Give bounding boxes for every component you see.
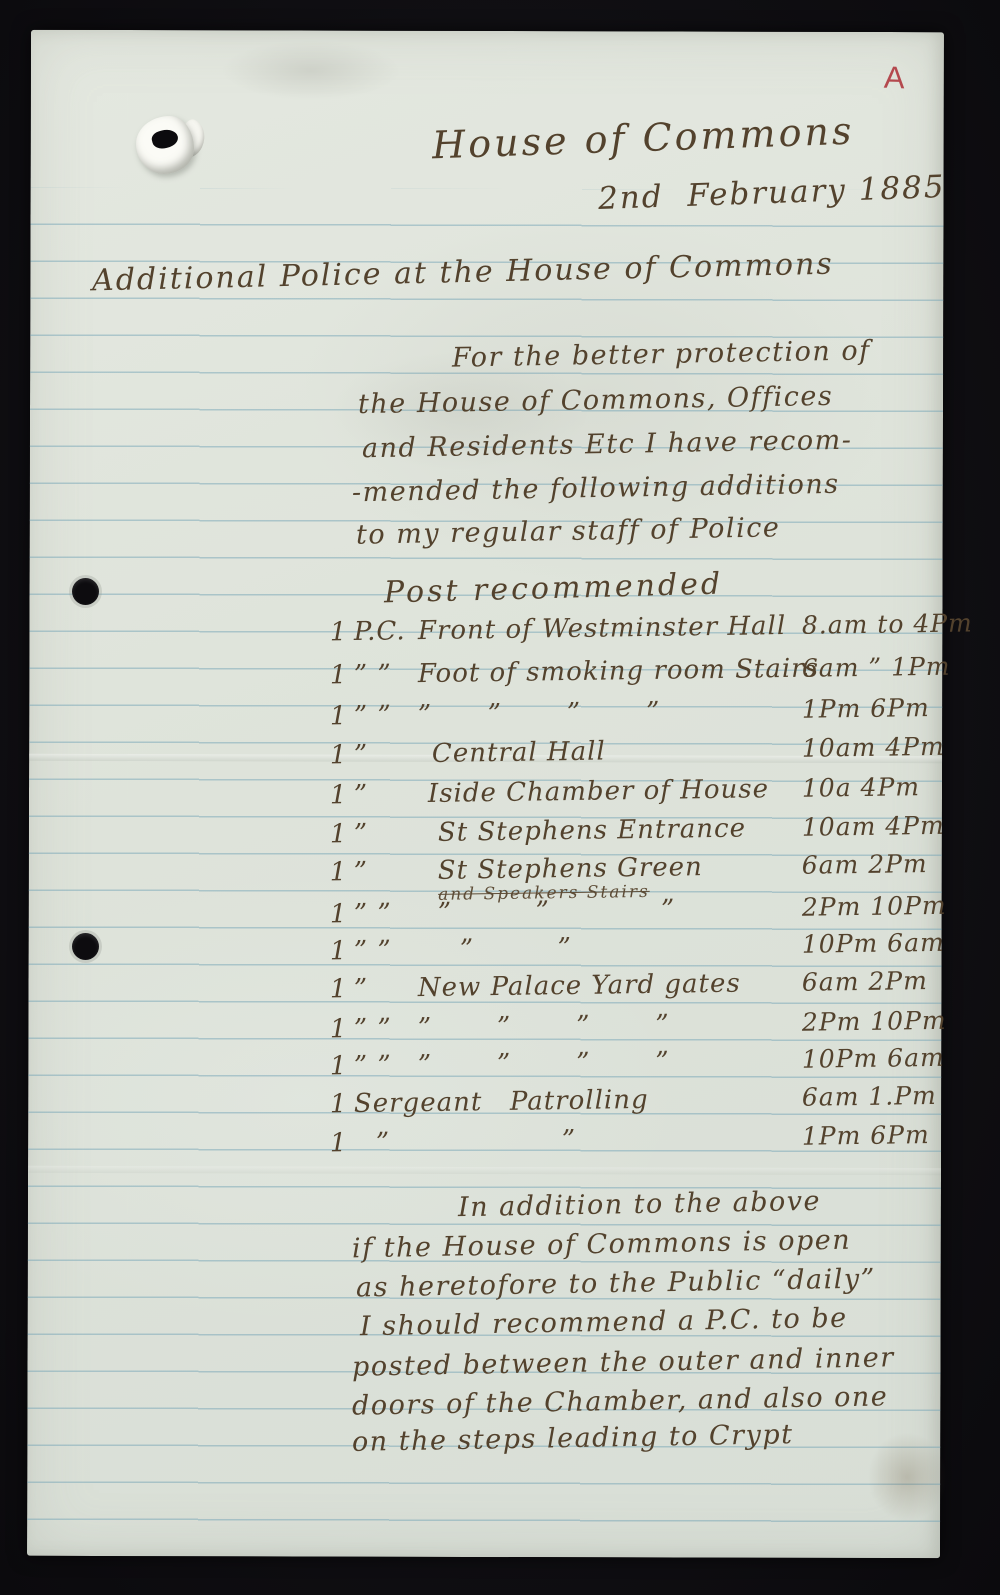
row-rank: P.C. — [354, 617, 406, 646]
row-count: 1 — [330, 781, 348, 810]
row-post: ” ” ” — [438, 896, 676, 928]
row-rank: ” — [354, 858, 369, 887]
row-time: 6am 2Pm — [802, 850, 928, 879]
row-post: Patrolling — [510, 1086, 649, 1117]
row-post: ” ” ” ” — [418, 698, 661, 730]
row-post: ” ” ” ” — [418, 1048, 670, 1080]
row-count: 1 — [330, 975, 348, 1004]
row-time: 1Pm 6Pm — [802, 694, 930, 723]
row-post: Central Hall — [432, 738, 606, 769]
torn-punch-hole — [128, 104, 208, 186]
classification-mark: A — [883, 60, 905, 97]
row-time: 6am 1.Pm — [802, 1082, 937, 1111]
row-count: 1 — [330, 820, 348, 849]
row-count: 1 — [330, 1090, 348, 1119]
row-post: ” ” ” ” — [418, 1011, 670, 1043]
row-time: 10a 4Pm — [802, 773, 920, 802]
row-count: 1 — [330, 900, 348, 929]
row-time: 6am ” 1Pm — [802, 653, 951, 683]
row-count: 1 — [330, 1015, 348, 1044]
punch-hole — [72, 933, 99, 960]
row-post: ” ” — [460, 934, 572, 964]
row-rank: ” ” — [354, 1052, 392, 1081]
row-rank: ” ” — [354, 1015, 392, 1044]
smudge-stain — [221, 40, 401, 100]
row-post: New Palace Yard gates — [418, 970, 741, 1003]
row-rank: ” ” — [354, 702, 392, 731]
row-time: 10Pm 6am — [802, 1044, 945, 1073]
body-line: In addition to the above — [458, 1187, 821, 1223]
row-rank: ” ” — [354, 937, 392, 966]
row-post: St Stephens Entrance — [438, 815, 746, 848]
punch-hole — [72, 578, 99, 605]
row-count: 1 — [330, 661, 348, 690]
row-post: ” — [562, 1126, 577, 1155]
row-post: St Stephens Green — [438, 853, 703, 885]
row-rank: ” — [354, 975, 369, 1004]
row-count: 1 — [330, 1129, 348, 1158]
row-time: 10am 4Pm — [802, 733, 945, 762]
row-count: 1 — [330, 702, 348, 731]
row-time: 10Pm 6am — [802, 929, 945, 958]
row-rank: ” ” — [354, 900, 392, 929]
row-rank: ” — [376, 1129, 391, 1158]
row-time: 2Pm 10Pm — [802, 892, 947, 922]
photo-background: A House of Commons 2nd February 1885 Add… — [0, 0, 1000, 1595]
row-post: Foot of smoking room Stairs — [418, 655, 819, 689]
fingerprint-stain — [867, 1432, 947, 1522]
row-count: 1 — [330, 858, 348, 887]
row-post: Front of Westminster Hall — [418, 612, 787, 646]
row-time: 1Pm 6Pm — [802, 1121, 930, 1150]
row-time: 6am 2Pm — [802, 967, 928, 996]
row-count: 1 — [330, 618, 348, 647]
row-count: 1 — [330, 741, 348, 770]
row-post: Iside Chamber of House — [428, 775, 769, 808]
row-rank: ” — [354, 820, 369, 849]
row-rank: ” ” — [354, 661, 392, 690]
row-rank: Sergeant — [354, 1088, 483, 1118]
row-rank: ” — [354, 781, 369, 810]
row-time: 10am 4Pm — [802, 812, 945, 841]
row-count: 1 — [330, 1052, 348, 1081]
row-time: 2Pm 10Pm — [802, 1007, 947, 1037]
row-rank: ” — [354, 741, 369, 770]
row-time: 8.am to 4Pm — [802, 609, 973, 639]
row-count: 1 — [330, 937, 348, 966]
